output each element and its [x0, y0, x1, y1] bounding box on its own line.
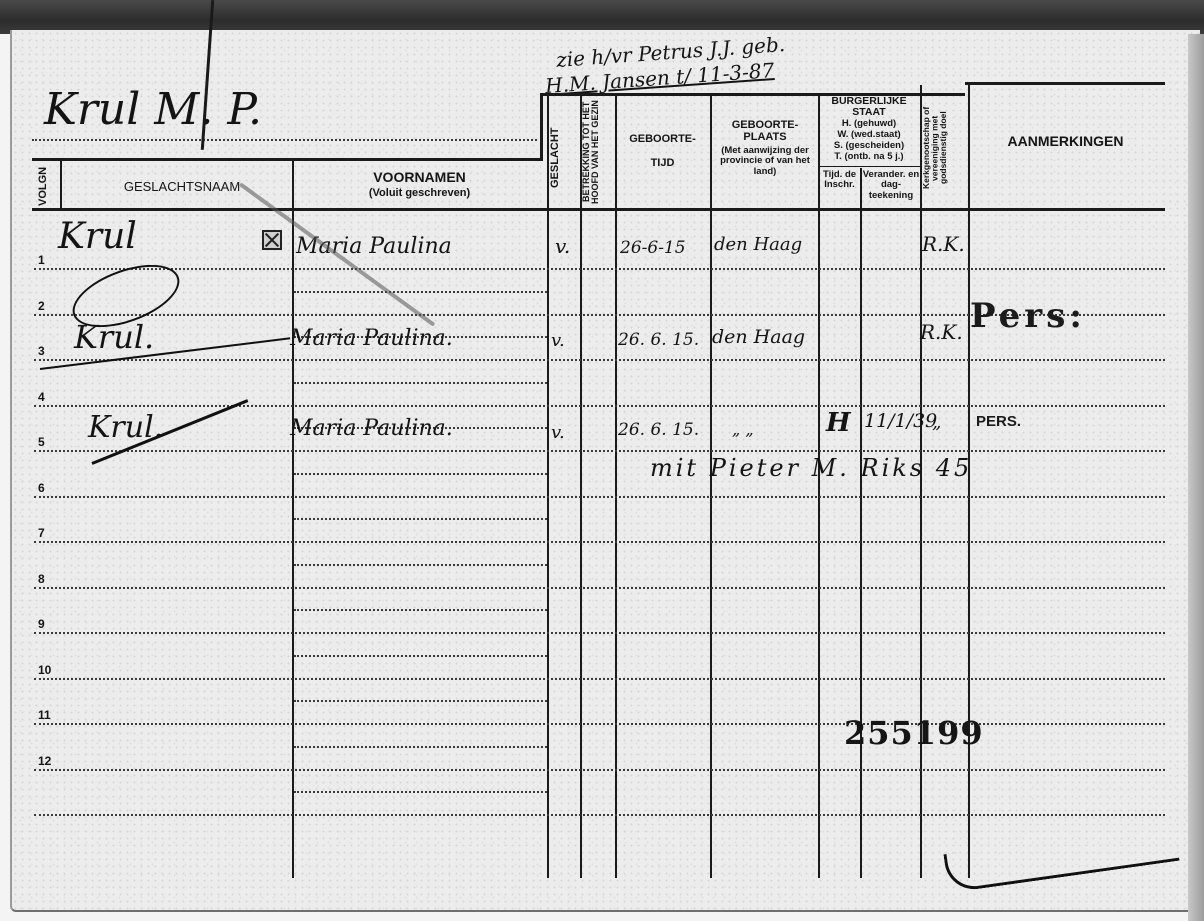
row-number: 8	[38, 572, 45, 586]
header-volgn: VOLGN	[38, 166, 49, 206]
entry2-religion: R.K.	[920, 320, 963, 344]
half-row-rule	[294, 746, 547, 748]
header-bottom-rule	[32, 208, 1165, 211]
entry2-first-names: Maria Paulina.	[290, 326, 453, 351]
header-voornamen-sub: (Voluit geschreven)	[292, 188, 547, 200]
half-row-rule	[294, 609, 547, 611]
row-number: 4	[38, 390, 45, 404]
header-voornamen: VOORNAMEN	[292, 170, 547, 185]
header-step-rule	[540, 95, 543, 161]
checked-box-icon	[262, 230, 282, 250]
header-bs-s: S. (gescheiden)	[820, 141, 918, 151]
scan-right-edge	[1188, 34, 1204, 921]
row-number: 9	[38, 617, 45, 631]
row-rule	[34, 678, 1165, 680]
header-kerkgenootschap: Kerkgenootschap of vereeniging met godsd…	[922, 92, 966, 204]
row-number: 10	[38, 663, 51, 677]
entry3-change-date: 11/1/39	[864, 410, 937, 432]
row-rule	[34, 359, 1165, 361]
entry1-birth-place: den Haag	[714, 234, 802, 255]
burgerlijke-staat-subrule	[818, 166, 922, 167]
row-rule	[34, 723, 1165, 725]
row-rule	[34, 814, 1165, 816]
col-line-voornamen	[547, 95, 549, 878]
row-rule	[34, 769, 1165, 771]
half-row-rule	[294, 518, 547, 520]
header-top-rule-left	[32, 158, 542, 161]
header-geboortetijd-2: TIJD	[615, 158, 710, 170]
entry2-birth-place: den Haag	[712, 326, 805, 348]
entry3-birth-date: 26. 6. 15.	[618, 420, 699, 440]
entry3-religion: „	[932, 412, 941, 433]
entry2-sex: v.	[551, 330, 565, 351]
header-tijd-inschr: Tijd. de Inschr.	[819, 170, 860, 191]
entry3-birth-place: „ „	[732, 420, 754, 439]
half-row-rule	[294, 700, 547, 702]
row-rule	[34, 450, 1165, 452]
row-number: 3	[38, 344, 45, 358]
half-row-rule	[294, 382, 547, 384]
serial-number: 255199	[844, 714, 984, 752]
row-rule	[34, 268, 1165, 270]
entry3-civil-status: H	[826, 408, 851, 438]
scan-top-edge	[0, 0, 1204, 34]
header-bs-w: W. (wed.staat)	[820, 130, 918, 140]
row-number: 2	[38, 299, 45, 313]
col-line-volgn	[60, 160, 62, 210]
entry3-note: mit Pieter M. Riks 45	[650, 454, 972, 482]
header-bs-h: H. (gehuwd)	[820, 119, 918, 129]
header-geboorteplaats-2: PLAATS	[712, 132, 818, 144]
entry3-sex: v.	[551, 422, 565, 443]
header-verander: Verander. en dag-teekening	[862, 170, 920, 201]
entry1-religion: R.K.	[922, 232, 965, 256]
col-line-geboorteplaats	[818, 95, 820, 878]
entry3-first-names: Maria Paulina.	[290, 416, 453, 441]
header-bs-t: T. (ontb. na 5 j.)	[820, 152, 918, 162]
entry1-sex: v.	[555, 234, 570, 258]
row-number: 6	[38, 481, 45, 495]
col-line-tijd	[860, 168, 862, 878]
heading-underline	[32, 139, 537, 141]
header-aanmerkingen: AANMERKINGEN	[968, 134, 1163, 149]
half-row-rule	[294, 655, 547, 657]
half-row-rule	[294, 291, 547, 293]
entry2-birth-date: 26. 6. 15.	[618, 330, 699, 350]
row-rule	[34, 541, 1165, 543]
row-number: 5	[38, 435, 45, 449]
card-name-heading: Krul M. P.	[44, 84, 262, 135]
header-geboortetijd-1: GEBOORTE-	[615, 134, 710, 146]
row-rule	[34, 587, 1165, 589]
entry1-birth-date: 26-6-15	[620, 238, 686, 258]
row-rule	[34, 496, 1165, 498]
col-line-geboortetijd	[710, 95, 712, 878]
col-line-geslacht	[580, 95, 582, 878]
col-line-betrekking	[615, 95, 617, 878]
entry1-first-names: Maria Paulina	[296, 234, 452, 259]
header-betrekking: BETREKKING TOT HET HOOFD VAN HET GEZIN	[582, 98, 614, 206]
header-geboorteplaats-sub: (Met aanwijzing der provincie of van het…	[714, 146, 816, 177]
row-rule	[34, 405, 1165, 407]
entry2-pers-stamp: Pers:	[970, 296, 1086, 336]
header-top-rule-far-right	[965, 82, 1165, 85]
row-rule	[34, 632, 1165, 634]
row-number: 7	[38, 526, 45, 540]
half-row-rule	[294, 791, 547, 793]
half-row-rule	[294, 473, 547, 475]
entry1-surname: Krul	[58, 216, 137, 257]
half-row-rule	[294, 564, 547, 566]
header-burgerlijke-staat: BURGERLIJKE STAAT	[820, 96, 918, 119]
header-geslacht: GESLACHT	[550, 110, 578, 205]
row-number: 1	[38, 253, 45, 267]
entry3-pers-stamp: PERS.	[976, 413, 1021, 430]
row-number: 11	[38, 708, 51, 722]
row-number: 12	[38, 754, 51, 768]
